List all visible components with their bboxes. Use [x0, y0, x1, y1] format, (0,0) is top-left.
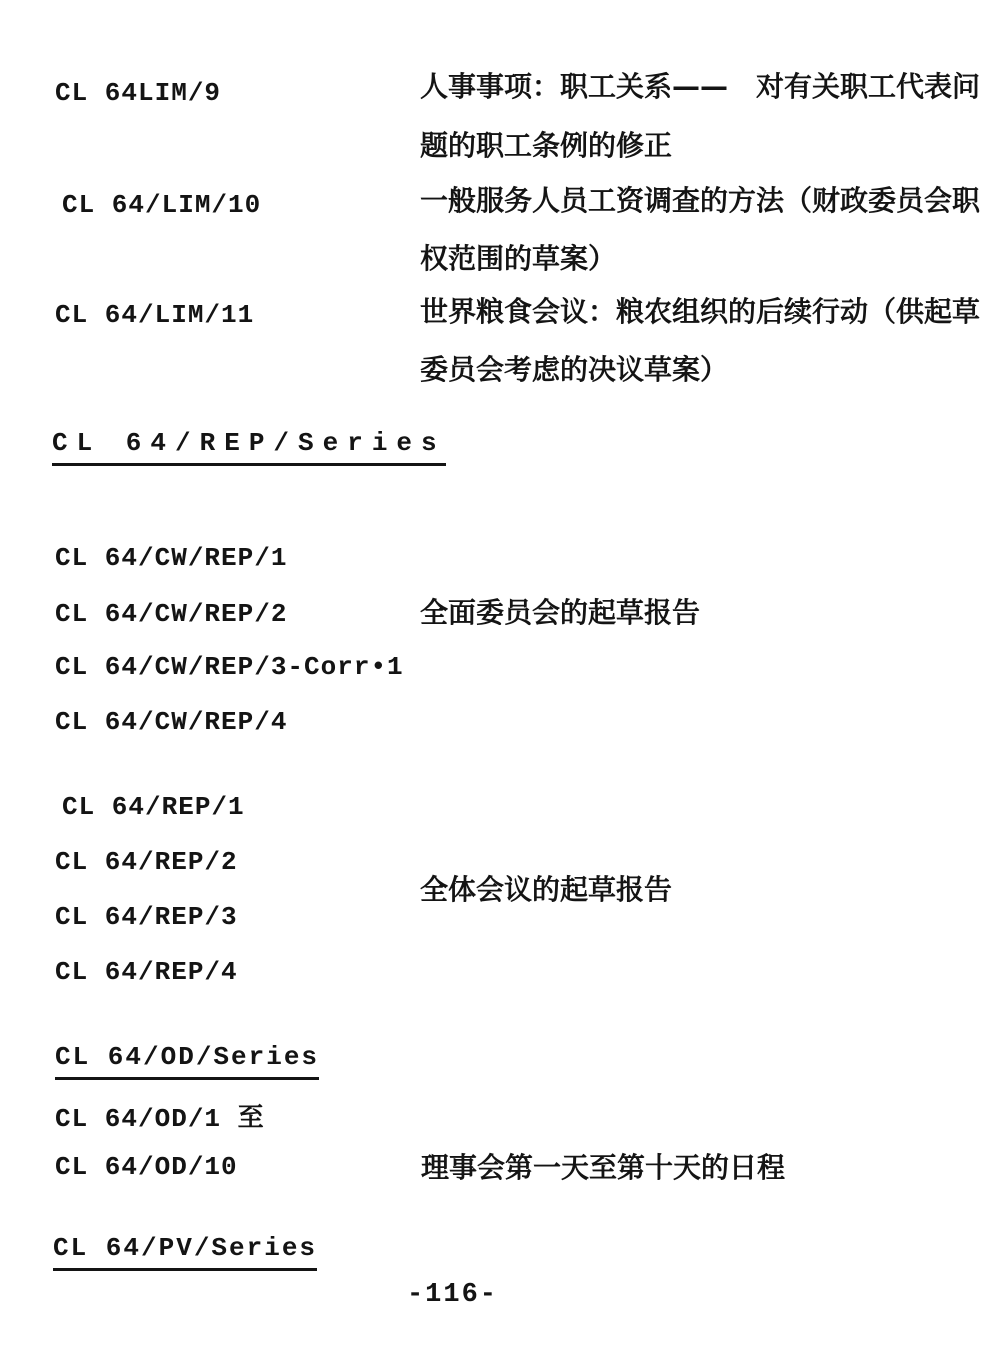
document-page: CL 64LIM/9 人事事项：职工关系—— 对有关职工代表问 题的职工条例的修…	[0, 0, 1000, 1358]
rep-series-header: CL 64/REP/Series	[52, 428, 446, 466]
doc-desc-lim-10-line2: 权范围的草案）	[420, 237, 616, 277]
doc-code-cw-rep-2: CL 64/CW/REP/2	[55, 599, 287, 629]
doc-code-rep-4: CL 64/REP/4	[55, 957, 238, 987]
doc-code-lim-11: CL 64/LIM/11	[55, 300, 254, 330]
doc-code-rep-2: CL 64/REP/2	[55, 847, 238, 877]
doc-desc-cw-rep: 全面委员会的起草报告	[420, 591, 700, 631]
page-number: -116-	[405, 1280, 500, 1310]
od-series-header: CL 64/OD/Series	[55, 1042, 319, 1080]
doc-code-cw-rep-1: CL 64/CW/REP/1	[55, 543, 287, 573]
doc-desc-lim-9-line1: 人事事项：职工关系—— 对有关职工代表问	[420, 65, 980, 105]
doc-code-lim-9: CL 64LIM/9	[55, 78, 221, 108]
doc-desc-od: 理事会第一天至第十天的日程	[421, 1146, 785, 1186]
doc-desc-lim-11-line2: 委员会考虑的决议草案）	[420, 348, 728, 388]
doc-code-rep-3: CL 64/REP/3	[55, 902, 238, 932]
doc-desc-plenary-rep: 全体会议的起草报告	[420, 868, 672, 908]
doc-desc-lim-10-line1: 一般服务人员工资调查的方法（财政委员会职	[420, 179, 980, 219]
doc-code-rep-1: CL 64/REP/1	[62, 792, 245, 822]
doc-code-od-10: CL 64/OD/10	[55, 1152, 238, 1182]
doc-code-cw-rep-3-corr-1: CL 64/CW/REP/3-Corr•1	[55, 652, 404, 682]
doc-desc-lim-11-line1: 世界粮食会议：粮农组织的后续行动（供起草	[420, 290, 980, 330]
doc-code-od-1-to: CL 64/OD/1 至	[55, 1097, 265, 1134]
doc-code-cw-rep-4: CL 64/CW/REP/4	[55, 707, 287, 737]
doc-code-lim-10: CL 64/LIM/10	[62, 190, 261, 220]
doc-desc-lim-9-line2: 题的职工条例的修正	[420, 124, 672, 164]
pv-series-header: CL 64/PV/Series	[53, 1233, 317, 1271]
